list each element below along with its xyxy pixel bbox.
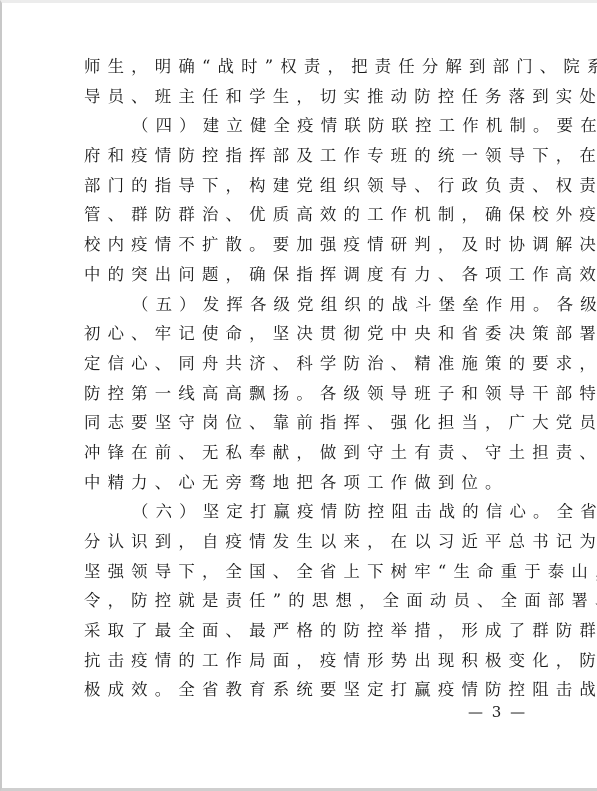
text-line: 管、群防群治、优质高效的工作机制，确保校外疫情不进入校园、	[84, 200, 520, 230]
text-line: 抗击疫情的工作局面，疫情形势出现积极变化，防控工作取得积	[84, 646, 520, 676]
text-line: 令，防控就是责任”的思想，全面动员、全面部署、快速反应，	[84, 586, 520, 616]
paragraph-section-5: （五）发挥各级党组织的战斗堡垒作用。各级党组织要不忘 初心、牢记使命，坚决贯彻党…	[84, 290, 520, 498]
text-line: 定信心、同舟共济、科学防治、精准施策的要求，让党旗在疫情	[84, 349, 520, 379]
section-heading-line: （五）发挥各级党组织的战斗堡垒作用。各级党组织要不忘	[84, 290, 520, 320]
text-line: 府和疫情防控指挥部及工作专班的统一领导下，在上级教育行政	[84, 141, 520, 171]
section-heading-line: （四）建立健全疫情联防联控工作机制。要在当地党委、政	[84, 111, 520, 141]
section-heading-line: （六）坚定打赢疫情防控阻击战的信心。全省教育系统要充	[84, 497, 520, 527]
text-line: 冲锋在前、无私奉献，做到守土有责、守土担责、守土尽责，集	[84, 438, 520, 468]
text-line: 采取了最全面、最严格的防控举措，形成了群防群治、全力以赴	[84, 616, 520, 646]
paragraph-section-4: （四）建立健全疫情联防联控工作机制。要在当地党委、政 府和疫情防控指挥部及工作专…	[84, 111, 520, 289]
paragraph-continuation: 师生，明确“战时”权责，把责任分解到部门、院系、班级、辅 导员、班主任和学生，切…	[84, 52, 520, 111]
text-line: 同志要坚守岗位、靠前指挥、强化担当，广大党员要恪尽职守、	[84, 408, 520, 438]
text-line: 初心、牢记使命，坚决贯彻党中央和省委决策部署，全面落实坚	[84, 319, 520, 349]
text-line: 分认识到，自疫情发生以来，在以习近平总书记为核心的党中央	[84, 527, 520, 557]
document-page: 师生，明确“战时”权责，把责任分解到部门、院系、班级、辅 导员、班主任和学生，切…	[84, 52, 520, 705]
text-line: 校内疫情不扩散。要加强疫情研判，及时协调解决疫情防控工作	[84, 230, 520, 260]
text-line: 极成效。全省教育系统要坚定打赢疫情防控阻击战的决心和信心，	[84, 675, 520, 705]
page-number: — 3 —	[468, 703, 527, 721]
text-line: 中的突出问题，确保指挥调度有力、各项工作高效运转。	[84, 260, 520, 290]
document-viewer: 师生，明确“战时”权责，把责任分解到部门、院系、班级、辅 导员、班主任和学生，切…	[0, 0, 597, 791]
text-line: 导员、班主任和学生，切实推动防控任务落到实处。	[84, 82, 520, 112]
paragraph-section-6: （六）坚定打赢疫情防控阻击战的信心。全省教育系统要充 分认识到，自疫情发生以来，…	[84, 497, 520, 705]
text-line: 中精力、心无旁骛地把各项工作做到位。	[84, 468, 520, 498]
text-line: 部门的指导下，构建党组织领导、行政负责、权责清晰、齐抓共	[84, 171, 520, 201]
text-line: 师生，明确“战时”权责，把责任分解到部门、院系、班级、辅	[84, 52, 520, 82]
text-line: 坚强领导下，全国、全省上下树牢“生命重于泰山，疫情就是命	[84, 557, 520, 587]
text-line: 防控第一线高高飘扬。各级领导班子和领导干部特别是主要负责	[84, 379, 520, 409]
